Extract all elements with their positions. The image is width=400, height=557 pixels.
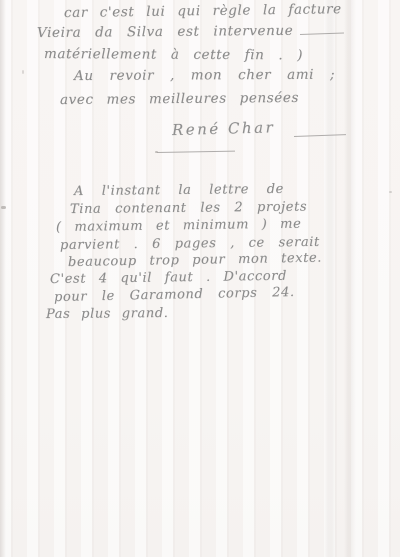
handwritten-line: Tina contenant les 2 projets xyxy=(70,200,307,217)
handwritten-line: Au revoir , mon cher ami ; xyxy=(74,68,335,84)
handwritten-line: matériellement à cette fin . ) xyxy=(44,47,303,63)
paper-speck xyxy=(22,70,24,74)
handwritten-line: Pas plus grand. xyxy=(46,306,169,322)
handwritten-line: A l'instant la lettre de xyxy=(74,182,284,199)
handwritten-line: pour le Garamond corps 24. xyxy=(54,285,295,305)
handwritten-line: ( maximum et minimum ) me xyxy=(56,217,302,235)
handwritten-line: Vieira da Silva est intervenue xyxy=(37,24,293,41)
handwritten-line: C'est 4 qu'il faut . D'accord xyxy=(50,269,287,287)
handwritten-line: beaucoup trop pour mon texte. xyxy=(68,251,322,270)
signature-flourish xyxy=(157,151,235,153)
pen-stroke xyxy=(300,32,344,35)
handwritten-line: car c'est lui qui règle la facture xyxy=(64,2,342,21)
paper-speck xyxy=(155,151,158,153)
signature: René Char xyxy=(172,120,276,138)
paper-speck xyxy=(389,191,392,193)
handwritten-line: avec mes meilleures pensées xyxy=(60,91,299,108)
signature-flourish xyxy=(294,134,346,137)
scanned-letter-page: car c'est lui qui règle la facture Vieir… xyxy=(0,0,400,557)
paper-speck xyxy=(1,206,6,209)
